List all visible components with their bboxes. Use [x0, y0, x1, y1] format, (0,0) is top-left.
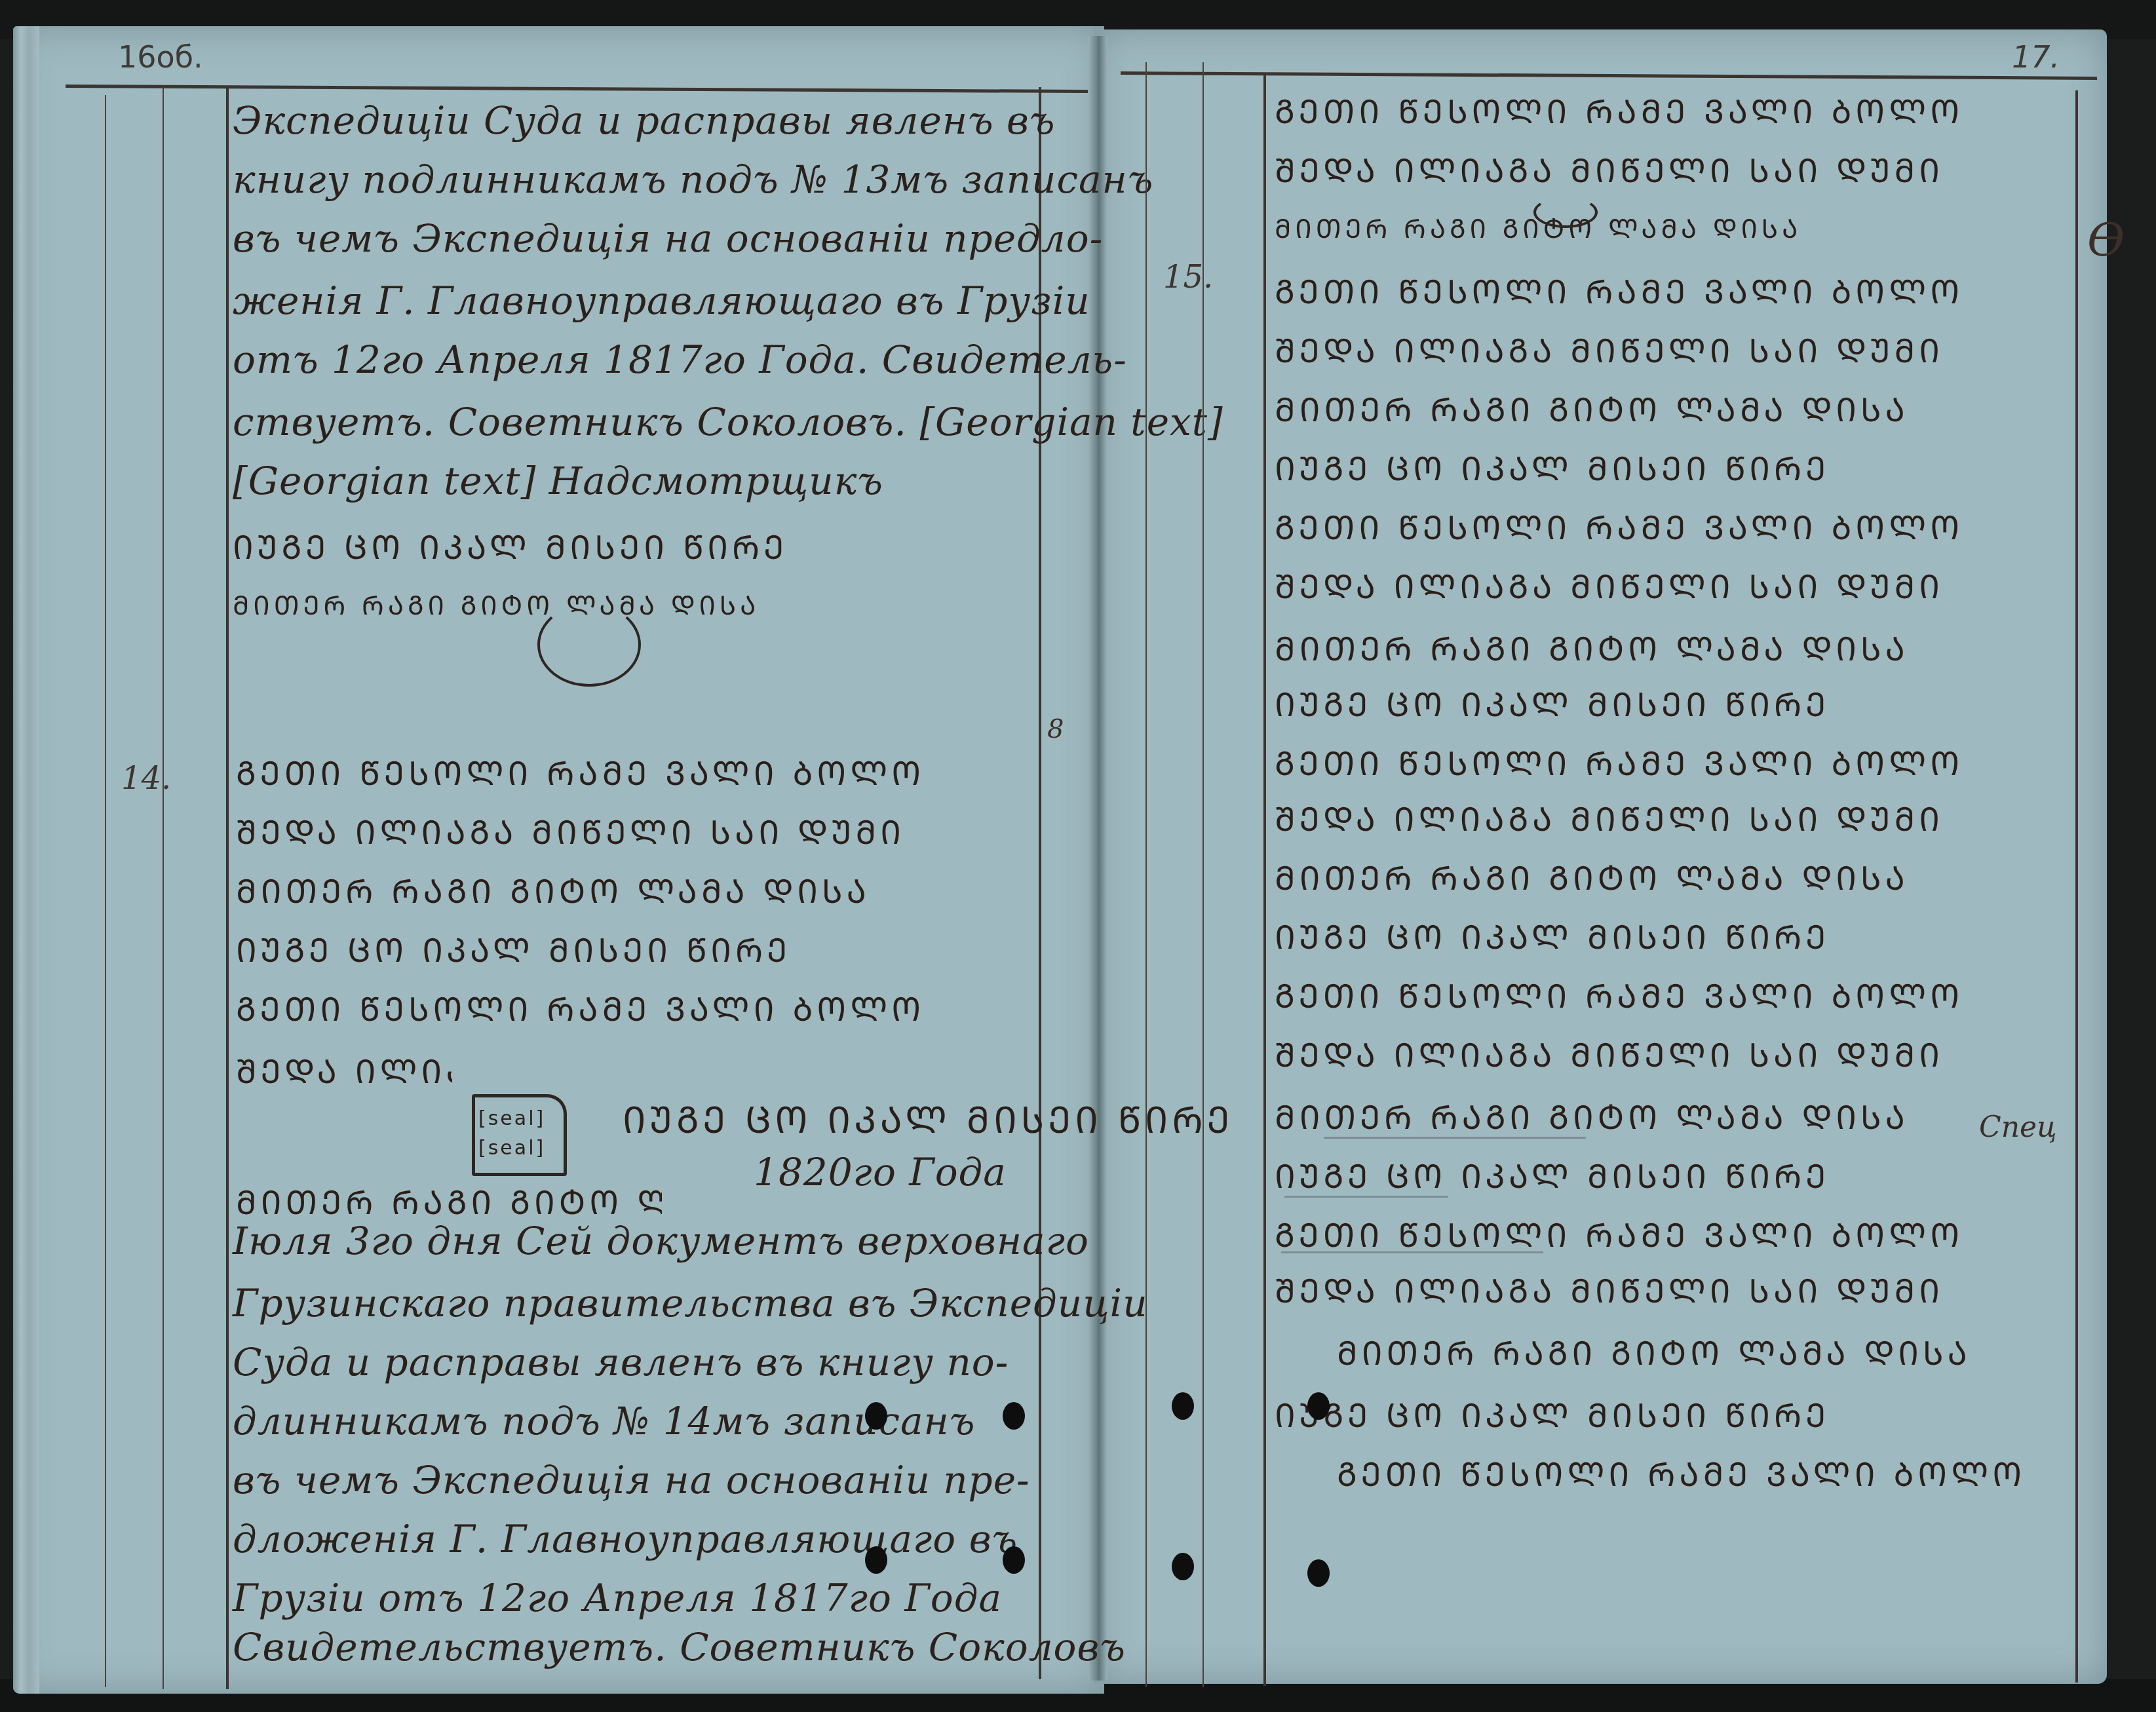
left-text-column-rule — [226, 87, 229, 1689]
right-margin-mark: ϴ — [2087, 213, 2125, 267]
binding-hole — [1172, 1553, 1194, 1580]
binding-hole — [865, 1546, 887, 1574]
seal-box — [472, 1094, 567, 1176]
left-line-9: ᲛᲘᲗᲔᲠ ᲠᲐᲒᲘ ᲒᲘᲢᲝ ᲚᲐᲛᲐ ᲓᲘᲡᲐ — [233, 586, 760, 622]
entry15-line-16: ᲘᲣᲒᲔ ᲪᲝ ᲘᲙᲐᲚ ᲛᲘᲡᲔᲘ ᲬᲘᲠᲔ — [1275, 1153, 1830, 1198]
entry15-line-13: ᲒᲔᲗᲘ ᲬᲔᲡᲝᲚᲘ ᲠᲐᲛᲔ ᲕᲐᲚᲘ ᲑᲝᲚᲝ — [1275, 973, 1963, 1018]
binding-hole — [1172, 1392, 1194, 1420]
signature-flourish — [537, 603, 641, 687]
right-column-rule-1 — [1145, 62, 1147, 1687]
entry14-georgian-line-3: ᲛᲘᲗᲔᲠ ᲠᲐᲒᲘ ᲒᲘᲢᲝ ᲚᲐᲛᲐ ᲓᲘᲡᲐ — [236, 868, 870, 913]
left-page — [13, 26, 1104, 1694]
entry15-line-1: ᲒᲔᲗᲘ ᲬᲔᲡᲝᲚᲘ ᲠᲐᲛᲔ ᲕᲐᲚᲘ ᲑᲝᲚᲝ — [1275, 269, 1963, 313]
binding-hole — [865, 1402, 887, 1430]
left-column-rule-2 — [163, 87, 164, 1689]
left-line-8: ᲘᲣᲒᲔ ᲪᲝ ᲘᲙᲐᲚ ᲛᲘᲡᲔᲘ ᲬᲘᲠᲔ — [233, 524, 788, 569]
binding-hole — [1003, 1402, 1025, 1430]
entry14-russian-line-1: Іюля 3го дня Сей документъ верховнаго — [233, 1219, 1089, 1263]
entry15-line-7: ᲛᲘᲗᲔᲠ ᲠᲐᲒᲘ ᲒᲘᲢᲝ ᲚᲐᲛᲐ ᲓᲘᲡᲐ — [1275, 626, 1909, 670]
entry15-line-21: ᲒᲔᲗᲘ ᲬᲔᲡᲝᲚᲘ ᲠᲐᲛᲔ ᲕᲐᲚᲘ ᲑᲝᲚᲝ — [1337, 1451, 2026, 1496]
entry15-line-5: ᲒᲔᲗᲘ ᲬᲔᲡᲝᲚᲘ ᲠᲐᲛᲔ ᲕᲐᲚᲘ ᲑᲝᲚᲝ — [1275, 504, 1963, 549]
left-line-2: книгу подлинникамъ подъ № 13мъ записанъ — [233, 157, 1153, 202]
entry14-russian-line-5: въ чемъ Экспедиція на основаніи пре- — [233, 1458, 1030, 1502]
right-line-2: ᲨᲔᲓᲐ ᲘᲚᲘᲐᲒᲐ ᲛᲘᲬᲔᲚᲘ ᲡᲐᲘ ᲓᲣᲛᲘ — [1275, 147, 1944, 192]
seal-text-1: [seal] — [478, 1107, 545, 1130]
left-folio-number: 16об. — [118, 39, 203, 75]
entry14-russian-line-4: длинникамъ подъ № 14мъ записанъ — [233, 1399, 975, 1443]
entry14-georgian-line-2: ᲨᲔᲓᲐ ᲘᲚᲘᲐᲒᲐ ᲛᲘᲬᲔᲚᲘ ᲡᲐᲘ ᲓᲣᲛᲘ — [236, 809, 905, 854]
entry-number-14: 14. — [121, 760, 171, 797]
right-text-column-rule — [1263, 74, 1266, 1686]
entry15-underline-1 — [1324, 1137, 1586, 1139]
entry14-signature-line: ᲘᲣᲒᲔ ᲪᲝ ᲘᲙᲐᲚ ᲛᲘᲡᲔᲘ ᲬᲘᲠᲔ — [623, 1094, 1234, 1144]
binding-hole — [1307, 1559, 1330, 1587]
left-line-6: ствуетъ. Советникъ Соколовъ. [Georgian t… — [233, 400, 1223, 444]
entry15-line-11: ᲛᲘᲗᲔᲠ ᲠᲐᲒᲘ ᲒᲘᲢᲝ ᲚᲐᲛᲐ ᲓᲘᲡᲐ — [1275, 855, 1909, 900]
book-spine — [1088, 36, 1107, 1681]
entry15-line-15: ᲛᲘᲗᲔᲠ ᲠᲐᲒᲘ ᲒᲘᲢᲝ ᲚᲐᲛᲐ ᲓᲘᲡᲐ — [1275, 1094, 1909, 1139]
right-line-1: ᲒᲔᲗᲘ ᲬᲔᲡᲝᲚᲘ ᲠᲐᲛᲔ ᲕᲐᲚᲘ ᲑᲝᲚᲝ — [1275, 88, 1963, 133]
left-margin-mark: 8 — [1047, 714, 1064, 744]
left-page-stacked-edges — [13, 26, 39, 1694]
entry14-russian-line-7: Грузіи отъ 12го Апреля 1817го Года — [233, 1576, 1002, 1620]
left-line-4: женія Г. Главноуправляющаго въ Грузіи — [233, 278, 1090, 323]
entry15-line-9: ᲒᲔᲗᲘ ᲬᲔᲡᲝᲚᲘ ᲠᲐᲛᲔ ᲕᲐᲚᲘ ᲑᲝᲚᲝ — [1275, 740, 1963, 785]
entry15-line-2: ᲨᲔᲓᲐ ᲘᲚᲘᲐᲒᲐ ᲛᲘᲬᲔᲚᲘ ᲡᲐᲘ ᲓᲣᲛᲘ — [1275, 328, 1944, 372]
entry14-georgian-line-6: ᲨᲔᲓᲐ ᲘᲚᲘᲐᲒᲐ ᲛᲘᲬᲔᲚᲘ ᲡᲐᲘ ᲓᲣᲛᲘ — [236, 1048, 452, 1093]
left-column-rule-1 — [105, 95, 106, 1687]
entry15-line-19: ᲛᲘᲗᲔᲠ ᲠᲐᲒᲘ ᲒᲘᲢᲝ ᲚᲐᲛᲐ ᲓᲘᲡᲐ — [1337, 1330, 1971, 1375]
entry15-line-10: ᲨᲔᲓᲐ ᲘᲚᲘᲐᲒᲐ ᲛᲘᲬᲔᲚᲘ ᲡᲐᲘ ᲓᲣᲛᲘ — [1275, 796, 1944, 841]
entry15-line-18: ᲨᲔᲓᲐ ᲘᲚᲘᲐᲒᲐ ᲛᲘᲬᲔᲚᲘ ᲡᲐᲘ ᲓᲣᲛᲘ — [1275, 1268, 1944, 1312]
binding-hole — [1003, 1546, 1025, 1574]
entry15-line-20: ᲘᲣᲒᲔ ᲪᲝ ᲘᲙᲐᲚ ᲛᲘᲡᲔᲘ ᲬᲘᲠᲔ — [1275, 1392, 1830, 1437]
entry15-line-4: ᲘᲣᲒᲔ ᲪᲝ ᲘᲙᲐᲚ ᲛᲘᲡᲔᲘ ᲬᲘᲠᲔ — [1275, 446, 1830, 490]
entry15-line-17: ᲒᲔᲗᲘ ᲬᲔᲡᲝᲚᲘ ᲠᲐᲛᲔ ᲕᲐᲚᲘ ᲑᲝᲚᲝ — [1275, 1212, 1963, 1257]
entry15-line-3: ᲛᲘᲗᲔᲠ ᲠᲐᲒᲘ ᲒᲘᲢᲝ ᲚᲐᲛᲐ ᲓᲘᲡᲐ — [1275, 387, 1909, 431]
entry15-line-6: ᲨᲔᲓᲐ ᲘᲚᲘᲐᲒᲐ ᲛᲘᲬᲔᲚᲘ ᲡᲐᲘ ᲓᲣᲛᲘ — [1275, 563, 1944, 608]
entry15-line-14: ᲨᲔᲓᲐ ᲘᲚᲘᲐᲒᲐ ᲛᲘᲬᲔᲚᲘ ᲡᲐᲘ ᲓᲣᲛᲘ — [1275, 1032, 1944, 1076]
right-folio-number: 17. — [2012, 39, 2060, 75]
entry14-georgian-line-4: ᲘᲣᲒᲔ ᲪᲝ ᲘᲙᲐᲚ ᲛᲘᲡᲔᲘ ᲬᲘᲠᲔ — [236, 927, 791, 972]
entry15-line-8: ᲘᲣᲒᲔ ᲪᲝ ᲘᲙᲐᲚ ᲛᲘᲡᲔᲘ ᲬᲘᲠᲔ — [1275, 681, 1830, 726]
right-margin-signature: Спец — [1979, 1111, 2057, 1144]
entry14-georgian-line-1: ᲒᲔᲗᲘ ᲬᲔᲡᲝᲚᲘ ᲠᲐᲛᲔ ᲕᲐᲚᲘ ᲑᲝᲚᲝ — [236, 750, 925, 795]
left-line-7: [Georgian text] Надсмотрщикъ — [233, 459, 883, 503]
left-right-margin-rule — [1039, 87, 1041, 1679]
left-line-5: отъ 12го Апреля 1817го Года. Свидетель- — [233, 337, 1127, 382]
right-column-rule-2 — [1203, 62, 1204, 1687]
entry14-georgian-date: ᲛᲘᲗᲔᲠ ᲠᲐᲒᲘ ᲒᲘᲢᲝ ᲚᲐᲛᲐ ᲓᲘᲡᲐ — [236, 1179, 662, 1224]
entry14-russian-line-3: Суда и расправы явленъ въ книгу по- — [233, 1340, 1009, 1384]
entry14-russian-line-6: дложенія Г. Главноуправляющаго въ — [233, 1517, 1018, 1561]
entry14-russian-line-8: Свидетельствуетъ. Советникъ Соколовъ — [233, 1625, 1126, 1669]
entry14-russian-line-2: Грузинскаго правительства въ Экспедиціи — [233, 1281, 1148, 1325]
left-line-3: въ чемъ Экспедиція на основаніи предло- — [233, 216, 1103, 261]
right-right-margin-rule — [2075, 90, 2078, 1683]
entry15-underline-3 — [1281, 1251, 1543, 1253]
entry14-year-line: 1820го Года — [754, 1150, 1007, 1194]
entry15-underline-2 — [1284, 1196, 1448, 1198]
entry15-line-12: ᲘᲣᲒᲔ ᲪᲝ ᲘᲙᲐᲚ ᲛᲘᲡᲔᲘ ᲬᲘᲠᲔ — [1275, 914, 1830, 959]
right-signature-flourish — [1533, 197, 1598, 228]
entry-number-15: 15. — [1163, 259, 1213, 295]
binding-hole — [1307, 1392, 1330, 1420]
entry14-georgian-line-5: ᲒᲔᲗᲘ ᲬᲔᲡᲝᲚᲘ ᲠᲐᲛᲔ ᲕᲐᲚᲘ ᲑᲝᲚᲝ — [236, 986, 925, 1031]
seal-text-2: [seal] — [478, 1137, 545, 1160]
left-line-1: Экспедиціи Суда и расправы явленъ въ — [233, 98, 1056, 143]
